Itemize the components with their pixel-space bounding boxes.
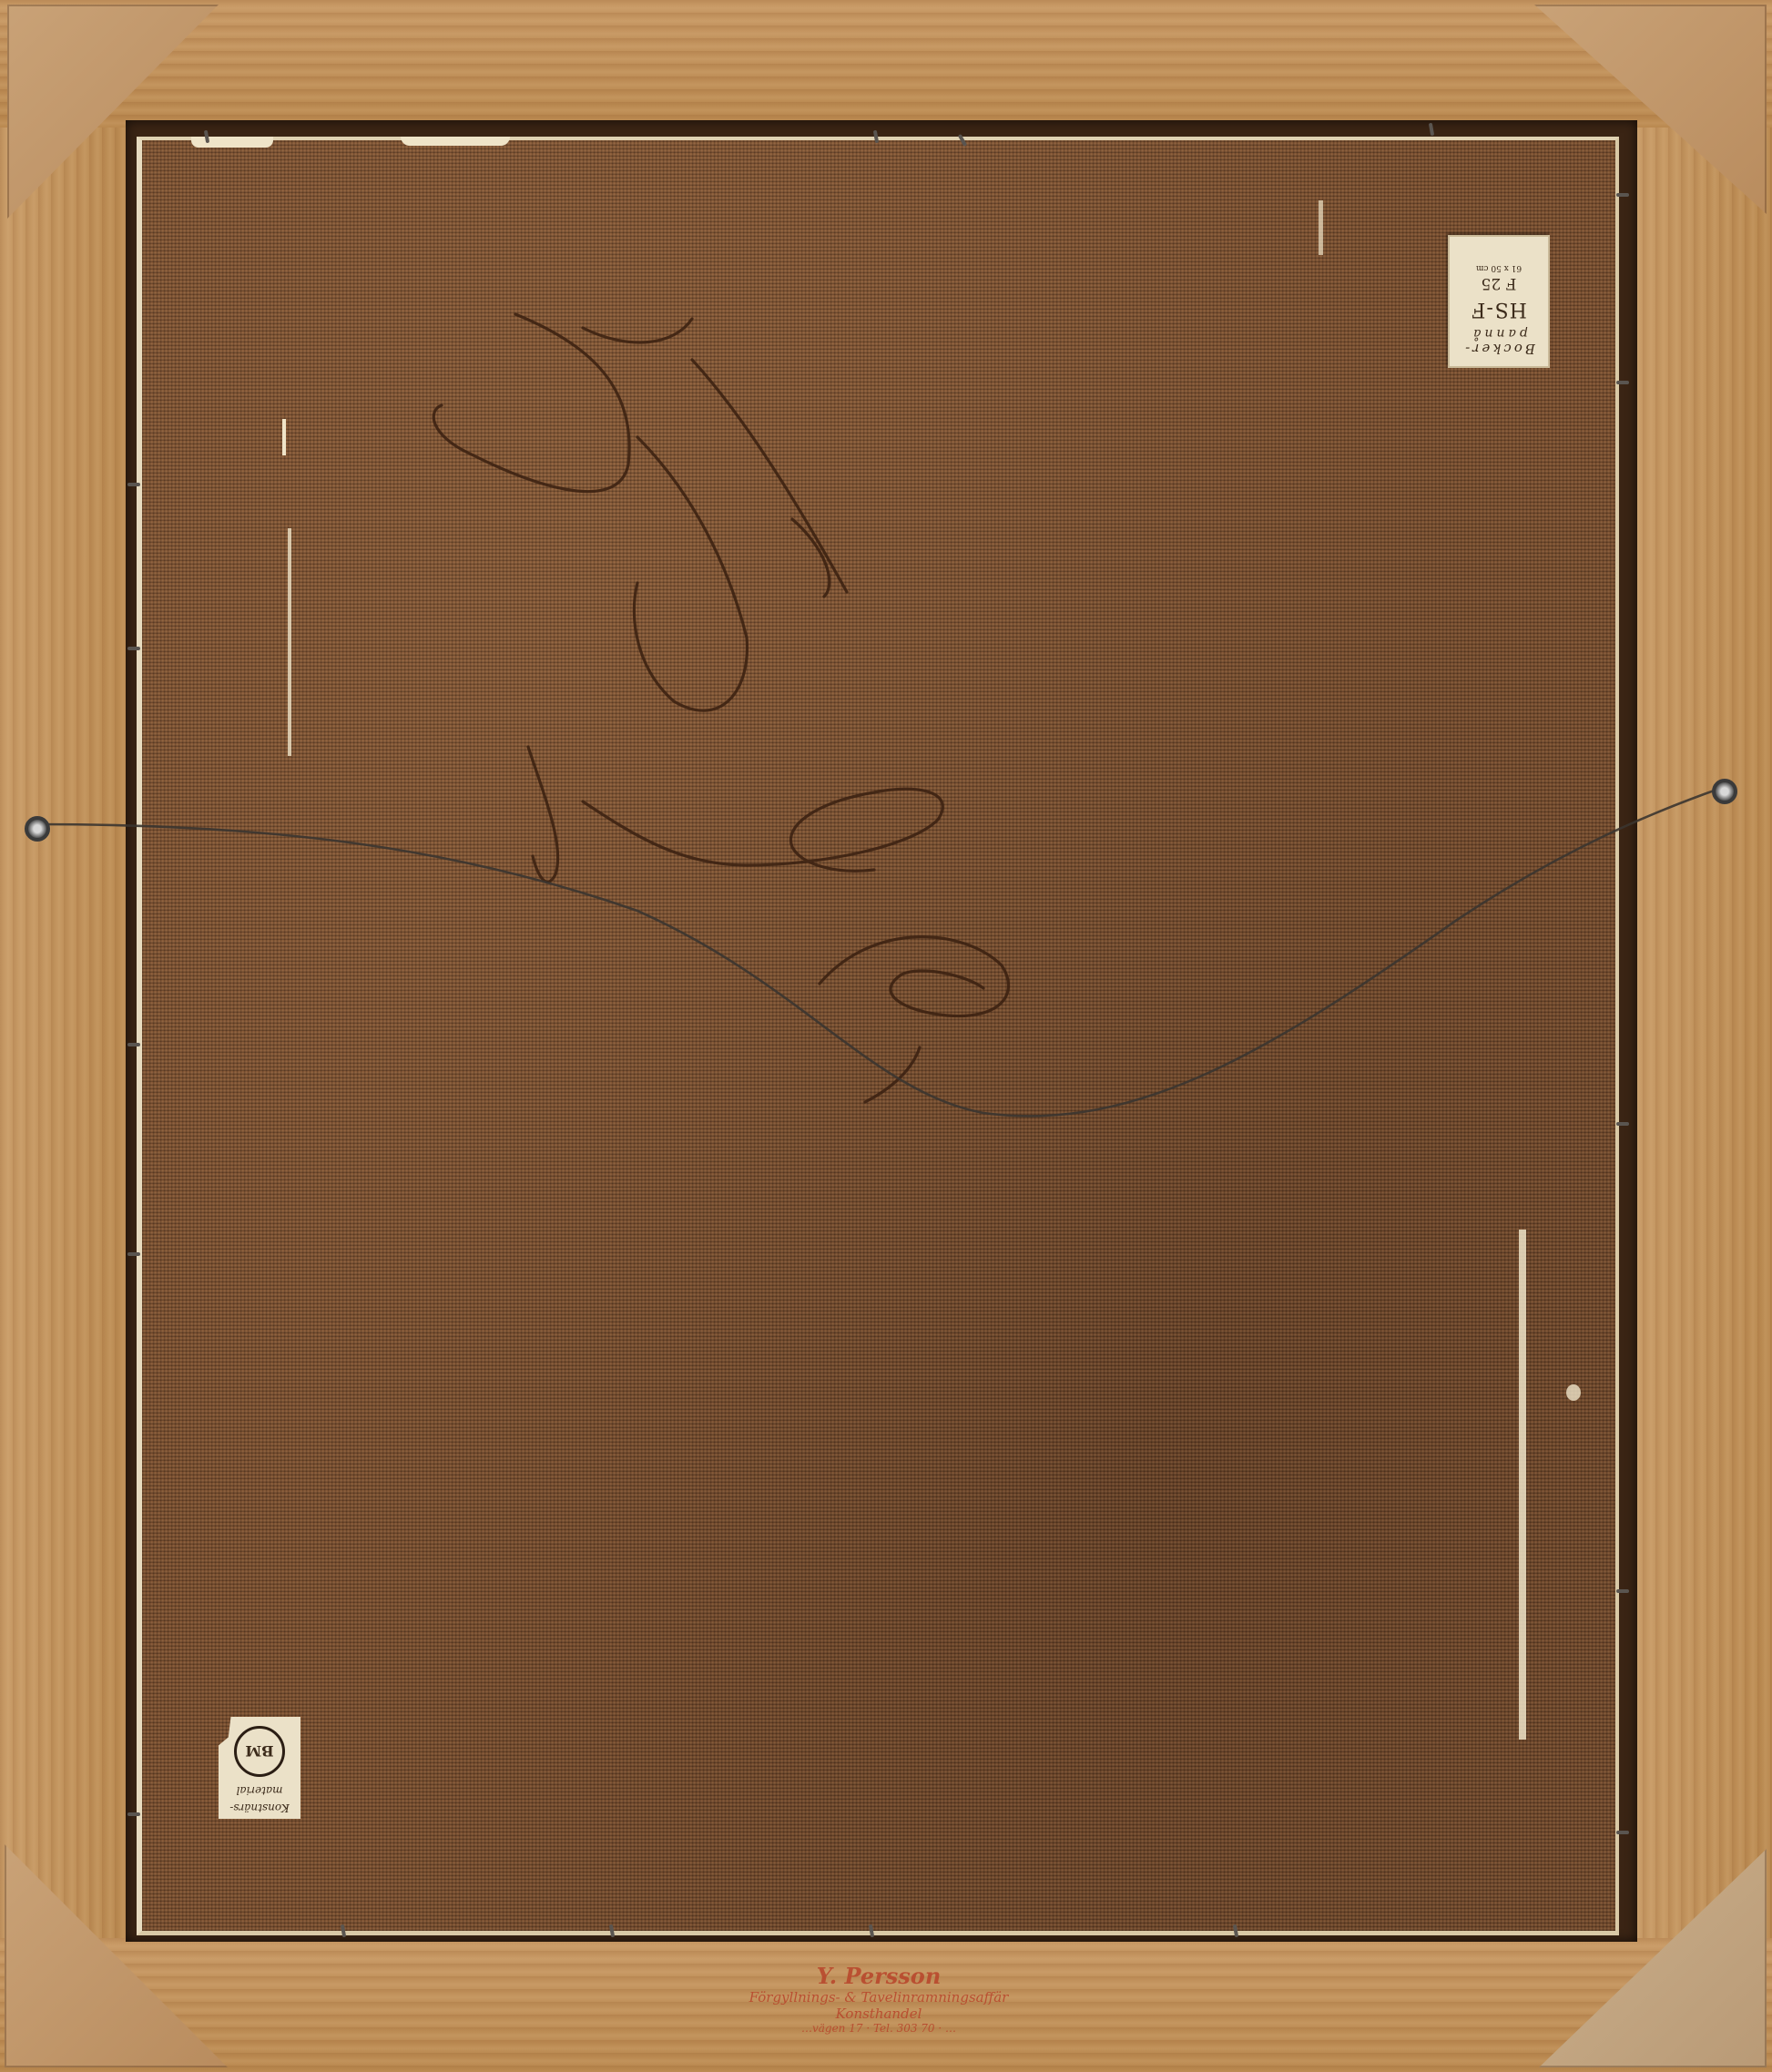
stamp-line: Konsthandel xyxy=(706,2006,1052,2022)
marker-inscription xyxy=(433,314,1008,1102)
label-line: Konstnärs- xyxy=(219,1802,300,1813)
label-line: Bocker- xyxy=(1450,341,1548,357)
picture-frame: Bocker- pannå HS-F F 25 61 x 50 cm Konst… xyxy=(0,0,1772,2072)
label-line: material xyxy=(219,1784,300,1796)
hardboard-manufacturer-label: Bocker- pannå HS-F F 25 61 x 50 cm xyxy=(1448,235,1550,368)
hanging-wire xyxy=(36,789,1719,1116)
label-line: 61 x 50 cm xyxy=(1450,263,1548,272)
screw-eye-left xyxy=(25,816,50,842)
seal-monogram: BM xyxy=(245,1743,273,1761)
label-line: F 25 xyxy=(1450,274,1548,292)
label-line: pannå xyxy=(1450,326,1548,341)
screw-eye-right xyxy=(1712,779,1737,804)
artist-supply-label: Konstnärs- material BM xyxy=(219,1717,300,1819)
framer-stamp: Y. Persson Förgyllnings- & Tavelinramnin… xyxy=(706,1963,1052,2035)
label-line: HS-F xyxy=(1450,298,1548,321)
stamp-line: Förgyllnings- & Tavelinramningsaffär xyxy=(706,1989,1052,2006)
stamp-line: …vägen 17 · Tel. 303 70 · … xyxy=(706,2022,1052,2035)
seal-stamp-icon: BM xyxy=(234,1726,285,1777)
stamp-line: Y. Persson xyxy=(706,1963,1052,1989)
